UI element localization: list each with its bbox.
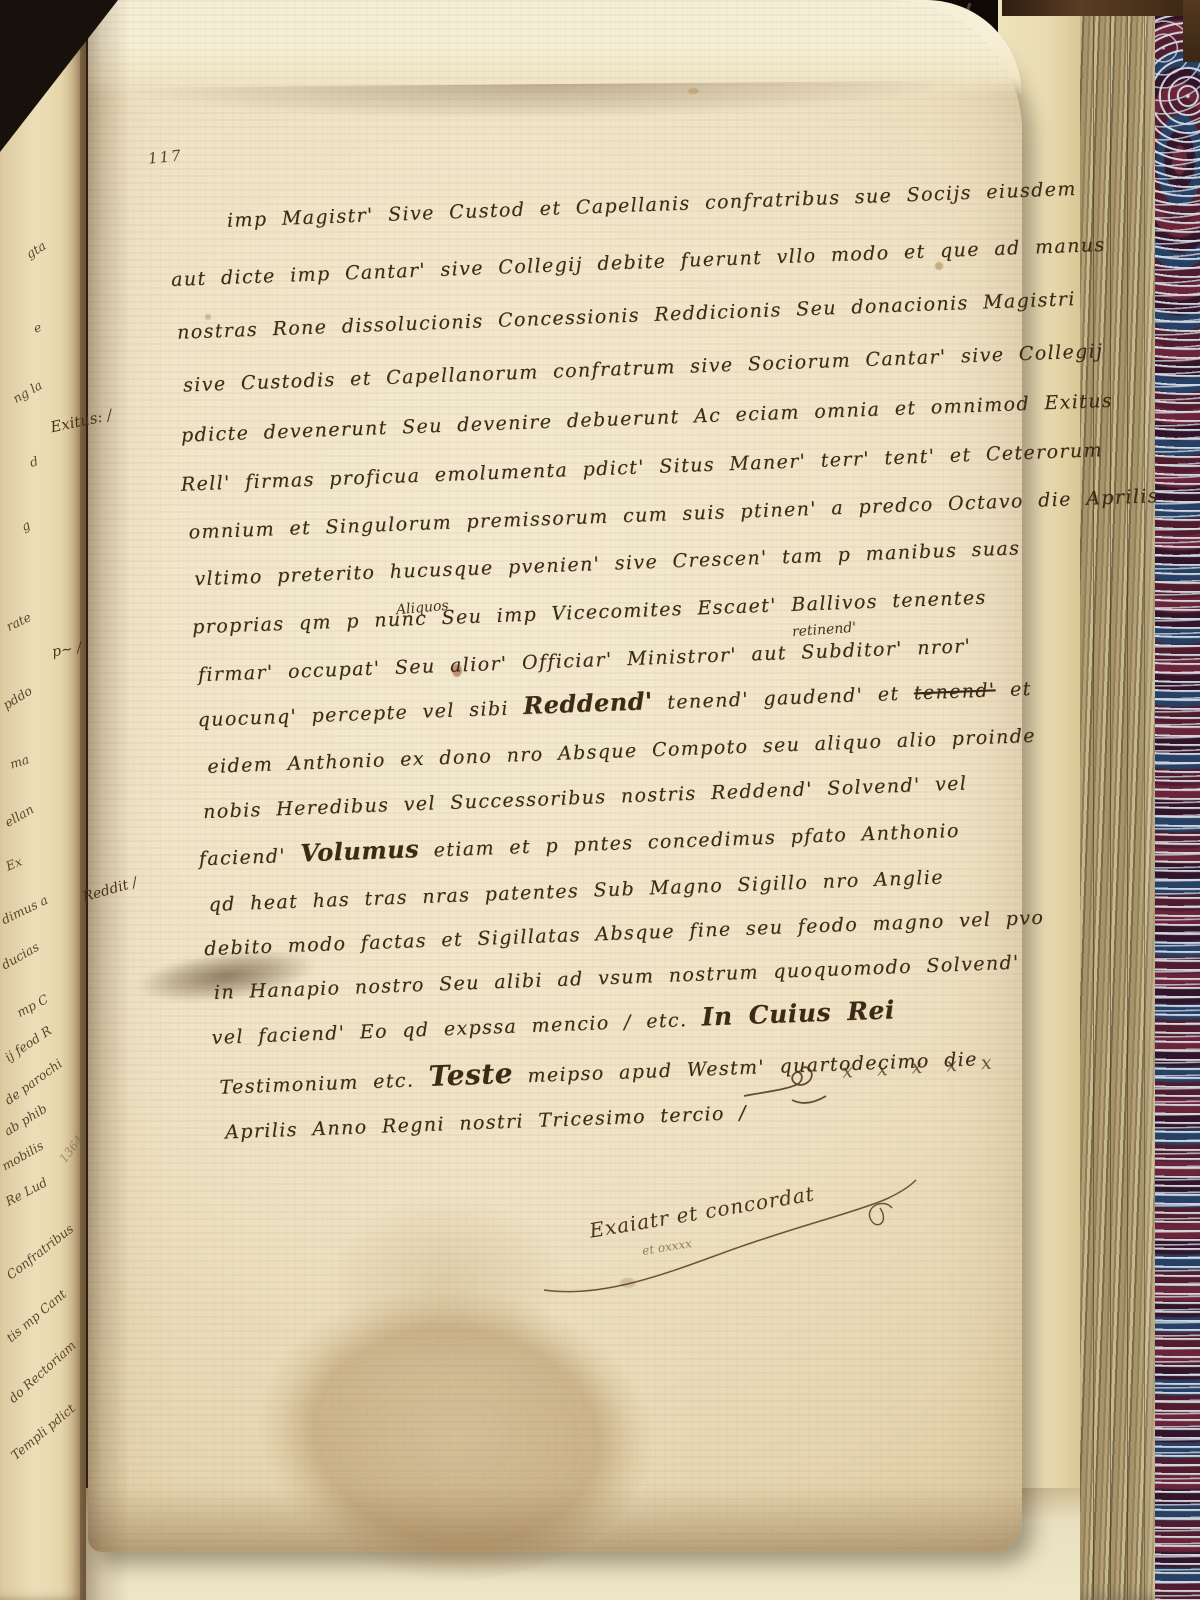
facing-page-fragment: ducias — [0, 941, 41, 972]
line-bold-text: Teste — [428, 1057, 514, 1093]
line-text: Aprilis Anno Regni nostri Tricesimo terc… — [225, 1102, 748, 1144]
line-bold-text: In Cuius Rei — [701, 995, 895, 1031]
manuscript-line: in Hanapio nostro Seu alibi ad vsum nost… — [213, 949, 1020, 1003]
facing-page-fragment: Templi pdict — [9, 1402, 77, 1462]
manuscript-line: eidem Anthonio ex dono nro Absque Compot… — [207, 722, 1036, 777]
facing-page-fragment: ng la — [11, 379, 45, 406]
line-text: nostras Rone dissolucionis Concessionis … — [177, 288, 1076, 344]
line-struck-text: tenend' — [913, 679, 996, 704]
facing-page-fragment: pddo — [1, 685, 34, 712]
manuscript-text-block: imp Magistr' Sive Custod et Capellanis c… — [168, 165, 1029, 1185]
manuscript-line: proprias qm p nunc Seu imp Vicecomites E… — [192, 584, 987, 638]
folio-number: 117 — [147, 146, 183, 168]
facing-page-fragment: d — [28, 455, 39, 469]
line-text: Testimonium etc. — [219, 1069, 429, 1099]
line-text: sive Custodis et Capellanorum confratrum… — [183, 340, 1104, 397]
facing-page-fragment: mp C — [15, 993, 50, 1020]
line-text: firmar' occupat' Seu alior' Officiar' Mi… — [198, 635, 972, 686]
line-text: vel faciend' Eo qd expssa mencio / etc. — [211, 1009, 702, 1049]
facing-page-fragment: do Rectoriam — [7, 1339, 79, 1405]
line-text: et — [995, 678, 1032, 701]
manuscript-line: Rell' firmas proficua emolumenta pdict' … — [180, 436, 1103, 495]
facing-page-fragment: mobilis — [0, 1139, 46, 1173]
line-text: vltimo preterito hucusque pvenien' sive … — [194, 537, 1021, 590]
manuscript-line: sive Custodis et Capellanorum confratrum… — [183, 337, 1104, 396]
facing-page-fragment: ij feod R — [3, 1024, 54, 1064]
board-edge-corner — [1183, 0, 1200, 62]
facing-page-fragment: Ex — [4, 855, 24, 873]
manuscript-line: vltimo preterito hucusque pvenien' sive … — [194, 534, 1021, 589]
line-bold-text: Reddend' — [523, 686, 654, 720]
manuscript-line: nobis Heredibus vel Successoribus nostri… — [203, 769, 968, 822]
manuscript-line: vel faciend' Eo qd expssa mencio / etc. … — [211, 997, 895, 1048]
line-text: Rell' firmas proficua emolumenta pdict' … — [180, 439, 1103, 496]
facing-page-fragment: g — [20, 519, 32, 534]
line-bold-text: Volumus — [300, 834, 420, 867]
line-text: quocunq' percepte vel sibi — [197, 697, 523, 731]
manuscript-line: quocunq' percepte vel sibi Reddend' tene… — [197, 675, 1032, 730]
line-text: faciend' — [198, 845, 300, 871]
line-text: proprias qm p nunc Seu imp Vicecomites E… — [192, 587, 987, 639]
facing-page-fragment: gta — [24, 240, 48, 261]
facing-page-fragment: ellan — [3, 803, 36, 829]
manuscript-line: qd heat has tras nras patentes Sub Magno… — [208, 863, 944, 915]
facing-page-fragment: ma — [9, 753, 31, 771]
manuscript-line: aut dicte imp Cantar' sive Collegij debi… — [171, 231, 1106, 290]
facing-page-fragment: Re Lud — [4, 1176, 50, 1208]
facing-page-fragment: tis mp Cant — [5, 1288, 69, 1345]
facing-page-fragment: ab phib — [2, 1102, 49, 1138]
manuscript-line: nostras Rone dissolucionis Concessionis … — [177, 285, 1077, 343]
line-text: aut dicte imp Cantar' sive Collegij debi… — [171, 234, 1106, 291]
facing-page-fragment: dimus a — [0, 894, 50, 927]
manuscript-line: Aprilis Anno Regni nostri Tricesimo terc… — [225, 1099, 748, 1143]
line-text: nobis Heredibus vel Successoribus nostri… — [203, 772, 968, 823]
facing-page-fragment: Confratribus — [5, 1222, 76, 1282]
line-text: qd heat has tras nras patentes Sub Magno… — [208, 866, 944, 916]
line-text: in Hanapio nostro Seu alibi ad vsum nost… — [214, 952, 1021, 1004]
facing-page-gutter: gta e ng la d g rate pddo ma ellan Ex di… — [0, 0, 86, 1600]
fox-spot — [688, 88, 699, 94]
line-text: eidem Anthonio ex dono nro Absque Compot… — [207, 725, 1036, 778]
pen-flourish-icon — [742, 1058, 852, 1114]
facing-page-fragment: de parochi — [3, 1057, 65, 1107]
manuscript-line: firmar' occupat' Seu alior' Officiar' Mi… — [197, 632, 971, 685]
manuscript-line: pdicte devenerunt Seu devenire debuerunt… — [180, 387, 1113, 446]
manuscript-photograph: gta e ng la d g rate pddo ma ellan Ex di… — [0, 0, 1200, 1600]
facing-page-fragment: e — [32, 321, 43, 335]
gutter-shadow — [80, 0, 130, 1600]
line-text: etiam et p pntes concedimus pfato Anthon… — [419, 820, 960, 862]
manuscript-line: faciend' Volumus etiam et p pntes conced… — [198, 817, 960, 870]
manuscript-line: debito modo factas et Sigillatas Absque … — [204, 904, 1045, 960]
facing-page-fragment: rate — [5, 611, 34, 634]
line-text: pdicte devenerunt Seu devenire debuerunt… — [181, 390, 1114, 447]
board-edge-top — [1002, 0, 1200, 16]
line-text: tenend' gaudend' et — [652, 682, 914, 714]
